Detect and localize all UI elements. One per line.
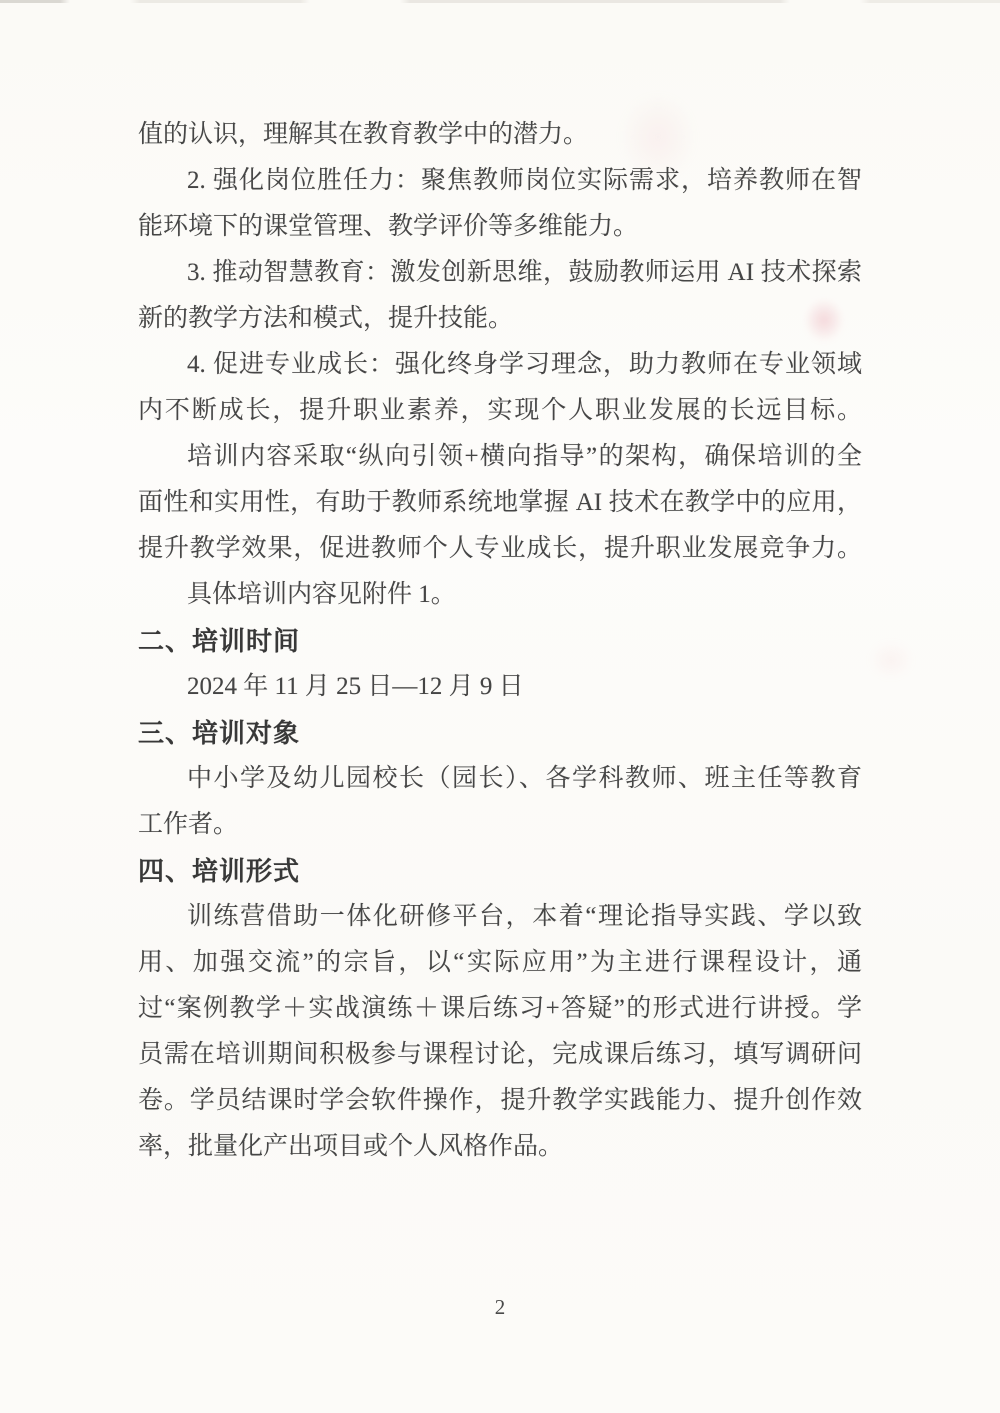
text-line: 员需在培训期间积极参与课程讨论，完成课后练习，填写调研问 (138, 1032, 862, 1078)
text-line: 训练营借助一体化研修平台，本着“理论指导实践、学以致 (138, 894, 862, 940)
text-line: 培训内容采取“纵向引领+横向指导”的架构，确保培训的全 (138, 434, 862, 480)
text-line: 新的教学方法和模式，提升技能。 (138, 296, 862, 342)
text-line: 4. 促进专业成长：强化终身学习理念，助力教师在专业领域 (138, 342, 862, 388)
text-line: 能环境下的课堂管理、教学评价等多维能力。 (138, 204, 862, 250)
text-line: 过“案例教学＋实战演练＋课后练习+答疑”的形式进行讲授。学 (138, 986, 862, 1032)
text-line: 面性和实用性，有助于教师系统地掌握 AI 技术在教学中的应用， (138, 480, 862, 526)
text-line: 工作者。 (138, 802, 862, 848)
section-heading: 三、培训对象 (138, 710, 862, 756)
document-body: 值的认识，理解其在教育教学中的潜力。2. 强化岗位胜任力：聚焦教师岗位实际需求，… (138, 112, 862, 1170)
scan-smudge (868, 640, 914, 680)
text-line: 具体培训内容见附件 1。 (138, 572, 862, 618)
text-line: 卷。学员结课时学会软件操作，提升教学实践能力、提升创作效 (138, 1078, 862, 1124)
text-line: 2. 强化岗位胜任力：聚焦教师岗位实际需求，培养教师在智 (138, 158, 862, 204)
section-heading: 四、培训形式 (138, 848, 862, 894)
text-line: 内不断成长，提升职业素养，实现个人职业发展的长远目标。 (138, 388, 862, 434)
text-line: 值的认识，理解其在教育教学中的潜力。 (138, 112, 862, 158)
text-line: 率，批量化产出项目或个人风格作品。 (138, 1124, 862, 1170)
document-page: 值的认识，理解其在教育教学中的潜力。2. 强化岗位胜任力：聚焦教师岗位实际需求，… (0, 0, 1000, 1413)
scan-artifact-top-edge (0, 0, 1000, 3)
section-heading: 二、培训时间 (138, 618, 862, 664)
text-line: 用、加强交流”的宗旨，以“实际应用”为主进行课程设计，通 (138, 940, 862, 986)
text-line: 中小学及幼儿园校长（园长）、各学科教师、班主任等教育 (138, 756, 862, 802)
page-number: 2 (0, 1292, 1000, 1322)
text-line: 3. 推动智慧教育：激发创新思维，鼓励教师运用 AI 技术探索 (138, 250, 862, 296)
text-line: 2024 年 11 月 25 日—12 月 9 日 (138, 664, 862, 710)
text-line: 提升教学效果，促进教师个人专业成长，提升职业发展竞争力。 (138, 526, 862, 572)
